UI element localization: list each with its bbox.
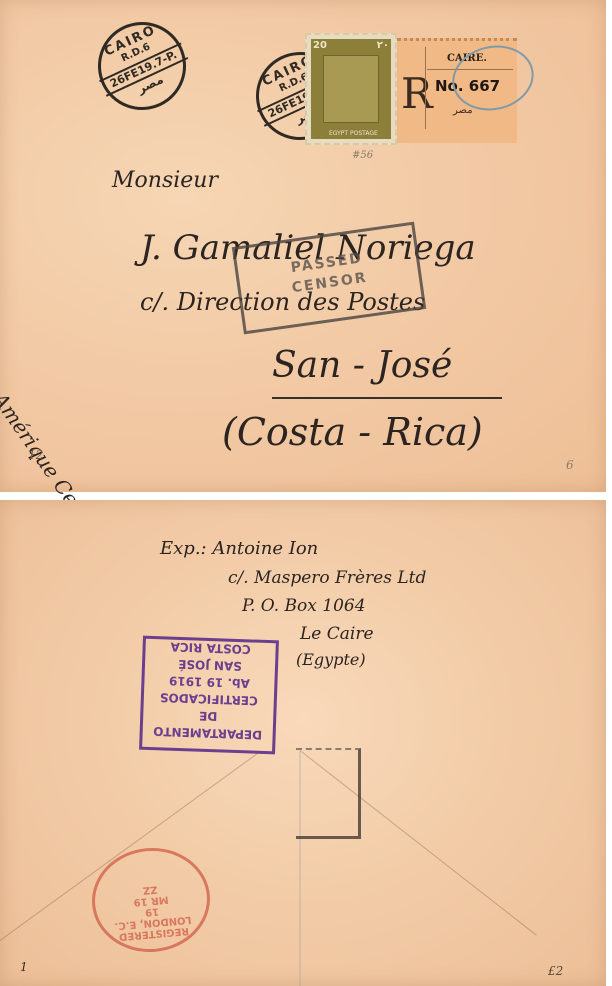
stamp-label: EGYPT POSTAGE (329, 130, 378, 137)
pencil-mark: 6 (566, 458, 574, 472)
stamp-value: 20 (313, 40, 327, 51)
sender-line: P. O. Box 1064 (242, 596, 366, 616)
cachet-line: DEPARTAMENTO DE (142, 705, 273, 744)
address-country: (Costa - Rica) (222, 410, 483, 454)
sphinx-vignette-icon (323, 55, 379, 123)
pencil-note: #56 (352, 150, 373, 161)
sender-line: Exp.: Antoine Ion (160, 538, 318, 559)
sender-line: (Egypte) (296, 650, 366, 669)
pencil-price: £2 (548, 964, 563, 978)
envelope-front: CAIRO R.D.6 26FE19.7-P. مصر CAIRO R.D.6 … (0, 0, 606, 492)
sender-line: Le Caire (300, 624, 374, 644)
address-salutation: Monsieur (112, 168, 218, 193)
underline (272, 397, 502, 399)
postmark-left: CAIRO R.D.6 26FE19.7-P. مصر (84, 8, 201, 125)
stamp-value-arabic: ٢٠ (377, 40, 389, 51)
registration-letter: R (401, 69, 433, 118)
postage-stamp: 20 ٢٠ EGYPT POSTAGE (305, 33, 397, 145)
pencil-mark: 12 (28, 448, 43, 462)
address-city: San - José (272, 345, 452, 386)
pencil-mark: 1 (20, 960, 28, 974)
sender-line: c/. Maspero Frères Ltd (228, 568, 426, 588)
costa-rica-registration-cachet: DEPARTAMENTO DE CERTIFICADOS Ab. 19 1919… (139, 636, 279, 755)
faint-box-mark (296, 748, 361, 839)
